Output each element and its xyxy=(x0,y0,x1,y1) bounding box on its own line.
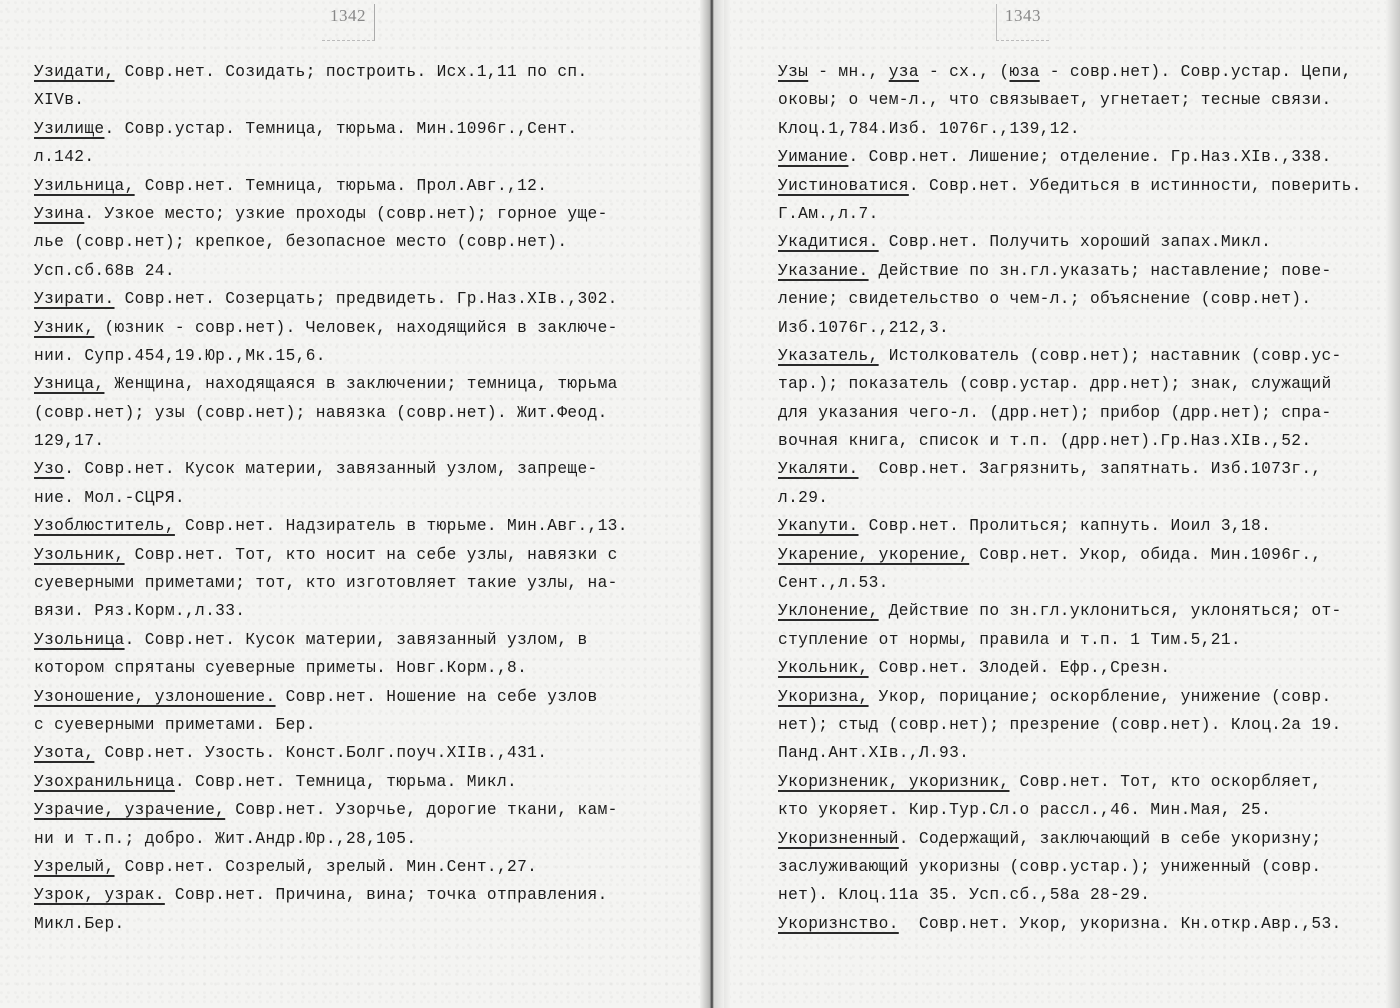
headword: Узильница, xyxy=(34,177,135,195)
text-line: Указание. Действие по зн.гл.указать; нас… xyxy=(778,257,1362,285)
text-line: суеверными приметами; тот, кто изготовля… xyxy=(34,569,628,597)
text-line: Узрелый, Совр.нет. Созрелый, зрелый. Мин… xyxy=(34,853,628,881)
definition-text: Совр.нет. Темница, тюрьма. Прол.Авг.,12. xyxy=(135,177,548,195)
text-line: котором спрятаны суеверные приметы. Новг… xyxy=(34,654,628,682)
definition-text: с суеверными приметами. Бер. xyxy=(34,716,316,734)
text-line: ние. Мол.-СЦРЯ. xyxy=(34,484,628,512)
definition-text: ступление от нормы, правила и т.п. 1 Тим… xyxy=(778,631,1241,649)
text-line: тар.); показатель (совр.устар. дрр.нет);… xyxy=(778,370,1362,398)
headword: Укоризненный xyxy=(778,830,899,848)
definition-text: ние. Мол.-СЦРЯ. xyxy=(34,489,185,507)
text-line: 129,17. xyxy=(34,427,628,455)
headword: Узоблюститель, xyxy=(34,517,175,535)
definition-text: вочная книга, список и т.п. (дрр.нет).Гр… xyxy=(778,432,1311,450)
headword: Узрелый, xyxy=(34,858,115,876)
definition-text: Г.Ам.,л.7. xyxy=(778,205,879,223)
headword: Уимание xyxy=(778,148,848,166)
text-line: нии. Супр.454,19.Юр.,Мк.15,6. xyxy=(34,342,628,370)
text-line: ни и т.п.; добро. Жит.Андр.Юр.,28,105. xyxy=(34,825,628,853)
text-line: Узохранильница. Совр.нет. Темница, тюрьм… xyxy=(34,768,628,796)
text-line: Узильница, Совр.нет. Темница, тюрьма. Пр… xyxy=(34,172,628,200)
definition-text: Совр.нет. Надзиратель в тюрьме. Мин.Авг.… xyxy=(175,517,628,535)
definition-text: . Совр.нет. Убедиться в истинности, пове… xyxy=(909,177,1362,195)
definition-text: XIVв. xyxy=(34,91,84,109)
text-line: Узилище. Совр.устар. Темница, тюрьма. Ми… xyxy=(34,115,628,143)
text-line: Узоношение, узлоношение. Совр.нет. Ношен… xyxy=(34,683,628,711)
left-page-text: Узидати, Совр.нет. Созидать; построить. … xyxy=(34,58,628,938)
text-line: Узница, Женщина, находящаяся в заключени… xyxy=(34,370,628,398)
headword: Укаляти. xyxy=(778,460,859,478)
headword: Узоношение, узлоношение. xyxy=(34,688,276,706)
headword: Укоризнство. xyxy=(778,915,899,933)
definition-text: Совр.нет. Ношение на себе узлов xyxy=(276,688,598,706)
headword: Уистиноватися xyxy=(778,177,909,195)
definition-text: Совр.нет. Созидать; построить. Исх.1,11 … xyxy=(115,63,588,81)
headword: Узольница xyxy=(34,631,125,649)
headword: Указание. xyxy=(778,262,869,280)
definition-text: Истолкователь (совр.нет); наставник (сов… xyxy=(879,347,1342,365)
headword: Узник, xyxy=(34,319,94,337)
definition-text: Изб.1076г.,212,3. xyxy=(778,319,949,337)
definition-text: котором спрятаны суеверные приметы. Новг… xyxy=(34,659,527,677)
text-line: заслуживающий укоризны (совр.устар.); ун… xyxy=(778,853,1362,881)
text-line: Узрок, узрак. Совр.нет. Причина, вина; т… xyxy=(34,881,628,909)
definition-text: Женщина, находящаяся в заключении; темни… xyxy=(104,375,617,393)
definition-text: Совр.нет. Укор, обида. Мин.1096г., xyxy=(969,546,1321,564)
definition-text: 129,17. xyxy=(34,432,104,450)
definition-text: Совр.нет. Получить хороший запах.Микл. xyxy=(879,233,1272,251)
definition-text: Совр.нет. Причина, вина; точка отправлен… xyxy=(165,886,608,904)
definition-text: нет); стыд (совр.нет); презрение (совр.н… xyxy=(778,716,1342,734)
text-line: ступление от нормы, правила и т.п. 1 Тим… xyxy=(778,626,1362,654)
definition-text: Клоц.1,784.Изб. 1076г.,139,12. xyxy=(778,120,1080,138)
text-line: Узоблюститель, Совр.нет. Надзиратель в т… xyxy=(34,512,628,540)
text-line: XIVв. xyxy=(34,86,628,114)
text-line: Укоризнство. Совр.нет. Укор, укоризна. К… xyxy=(778,910,1362,938)
text-line: л.29. xyxy=(778,484,1362,512)
definition-text: . Совр.нет. Кусок материи, завязанный уз… xyxy=(64,460,597,478)
definition-text: Сент.,л.53. xyxy=(778,574,889,592)
definition-text: - совр.нет). Совр.устар. Цепи, xyxy=(1040,63,1352,81)
left-page: 1342 Узидати, Совр.нет. Созидать; постро… xyxy=(0,0,712,1008)
text-line: кто укоряет. Кир.Тур.Сл.о рассл.,46. Мин… xyxy=(778,796,1362,824)
text-line: лье (совр.нет); крепкое, безопасное мест… xyxy=(34,228,628,256)
text-line: Укаляти. Совр.нет. Загрязнить, запятнать… xyxy=(778,455,1362,483)
headword: Узота, xyxy=(34,744,94,762)
definition-text: кто укоряет. Кир.Тур.Сл.о рассл.,46. Мин… xyxy=(778,801,1271,819)
text-line: для указания чего-л. (дрр.нет); прибор (… xyxy=(778,399,1362,427)
definition-text: тар.); показатель (совр.устар. дрр.нет);… xyxy=(778,375,1332,393)
page-number-right: 1343 xyxy=(996,4,1049,41)
definition-text: Совр.нет. Злодей. Ефр.,Срезн. xyxy=(869,659,1171,677)
definition-text: для указания чего-л. (дрр.нет); прибор (… xyxy=(778,404,1332,422)
definition-text: нет). Клоц.11а 35. Усп.сб.,58а 28-29. xyxy=(778,886,1150,904)
definition-text: . Совр.нет. Темница, тюрьма. Микл. xyxy=(175,773,517,791)
definition-text: (совр.нет); узы (совр.нет); навязка (сов… xyxy=(34,404,608,422)
headword: Узрок, узрак. xyxy=(34,886,165,904)
text-line: вязи. Ряз.Корм.,л.33. xyxy=(34,597,628,625)
definition-text: . Узкое место; узкие проходы (совр.нет);… xyxy=(84,205,607,223)
text-line: нет); стыд (совр.нет); презрение (совр.н… xyxy=(778,711,1362,739)
definition-text: Совр.нет. Пролиться; капнуть. Иоил 3,18. xyxy=(859,517,1272,535)
text-line: Узидати, Совр.нет. Созидать; построить. … xyxy=(34,58,628,86)
definition-text: . Содержащий, заключающий в себе укоризн… xyxy=(899,830,1322,848)
headword: Узилище xyxy=(34,120,104,138)
definition-text: Совр.нет. Созрелый, зрелый. Мин.Сент.,27… xyxy=(115,858,538,876)
text-line: Узольник, Совр.нет. Тот, кто носит на се… xyxy=(34,541,628,569)
headword: Уклонение, xyxy=(778,602,879,620)
text-line: Указатель, Истолкователь (совр.нет); нас… xyxy=(778,342,1362,370)
page-edge-shadow xyxy=(1386,0,1400,1008)
text-line: Укадитися. Совр.нет. Получить хороший за… xyxy=(778,228,1362,256)
text-line: Усп.сб.68в 24. xyxy=(34,257,628,285)
text-line: Сент.,л.53. xyxy=(778,569,1362,597)
definition-text: суеверными приметами; тот, кто изготовля… xyxy=(34,574,618,592)
headword: Укоризненик, укоризник, xyxy=(778,773,1009,791)
text-line: Уклонение, Действие по зн.гл.уклониться,… xyxy=(778,597,1362,625)
definition-text: нии. Супр.454,19.Юр.,Мк.15,6. xyxy=(34,347,326,365)
headword: Узольник, xyxy=(34,546,125,564)
text-line: Узо. Совр.нет. Кусок материи, завязанный… xyxy=(34,455,628,483)
headword: юза xyxy=(1010,63,1040,81)
headword: Укадитися. xyxy=(778,233,879,251)
definition-text: . Совр.устар. Темница, тюрьма. Мин.1096г… xyxy=(104,120,577,138)
right-page-text: Узы - мн., уза - сх., (юза - совр.нет). … xyxy=(778,58,1362,938)
text-line: Изб.1076г.,212,3. xyxy=(778,314,1362,342)
text-line: Узирати. Совр.нет. Созерцать; предвидеть… xyxy=(34,285,628,313)
definition-text: (юзник - совр.нет). Человек, находящийся… xyxy=(94,319,617,337)
definition-text: Совр.нет. Тот, кто оскорбляет, xyxy=(1009,773,1321,791)
headword: Узрачие, узрачение, xyxy=(34,801,225,819)
definition-text: . Совр.нет. Кусок материи, завязанный уз… xyxy=(125,631,588,649)
headword: уза xyxy=(889,63,919,81)
text-line: Укanути. Совр.нет. Пролиться; капнуть. И… xyxy=(778,512,1362,540)
headword: Узница, xyxy=(34,375,104,393)
text-line: нет). Клоц.11а 35. Усп.сб.,58а 28-29. xyxy=(778,881,1362,909)
definition-text: . Совр.нет. Лишение; отделение. Гр.Наз.X… xyxy=(848,148,1331,166)
text-line: (совр.нет); узы (совр.нет); навязка (сов… xyxy=(34,399,628,427)
definition-text: Действие по зн.гл.уклониться, уклоняться… xyxy=(879,602,1342,620)
text-line: Узы - мн., уза - сх., (юза - совр.нет). … xyxy=(778,58,1362,86)
definition-text: Усп.сб.68в 24. xyxy=(34,262,175,280)
definition-text: заслуживающий укоризны (совр.устар.); ун… xyxy=(778,858,1321,876)
headword: Узидати, xyxy=(34,63,115,81)
text-line: Узота, Совр.нет. Узость. Конст.Болг.поуч… xyxy=(34,739,628,767)
headword: Узина xyxy=(34,205,84,223)
definition-text: Панд.Ант.XIв.,Л.93. xyxy=(778,744,969,762)
headword: Укоризна, xyxy=(778,688,869,706)
book-gutter xyxy=(700,0,724,1008)
headword: Укanути. xyxy=(778,517,859,535)
text-line: Укоризненик, укоризник, Совр.нет. Тот, к… xyxy=(778,768,1362,796)
text-line: Узина. Узкое место; узкие проходы (совр.… xyxy=(34,200,628,228)
text-line: Г.Ам.,л.7. xyxy=(778,200,1362,228)
definition-text: Совр.нет. Узость. Конст.Болг.поуч.XIIв.,… xyxy=(94,744,547,762)
definition-text: л.29. xyxy=(778,489,828,507)
text-line: Микл.Бер. xyxy=(34,910,628,938)
definition-text: Совр.нет. Загрязнить, запятнать. Изб.107… xyxy=(859,460,1322,478)
text-line: Укоризненный. Содержащий, заключающий в … xyxy=(778,825,1362,853)
text-line: с суеверными приметами. Бер. xyxy=(34,711,628,739)
definition-text: Действие по зн.гл.указать; наставление; … xyxy=(869,262,1332,280)
definition-text: - сх., ( xyxy=(919,63,1010,81)
headword: Узо xyxy=(34,460,64,478)
text-line: Узрачие, узрачение, Совр.нет. Узорчье, д… xyxy=(34,796,628,824)
headword: Узохранильница xyxy=(34,773,175,791)
text-line: л.142. xyxy=(34,143,628,171)
definition-text: Микл.Бер. xyxy=(34,915,125,933)
definition-text: Совр.нет. Узорчье, дорогие ткани, кам- xyxy=(225,801,618,819)
text-line: Уистиноватися. Совр.нет. Убедиться в ист… xyxy=(778,172,1362,200)
right-page: 1343 Узы - мн., уза - сх., (юза - совр.н… xyxy=(712,0,1400,1008)
text-line: ление; свидетельство о чем-л.; объяснени… xyxy=(778,285,1362,313)
definition-text: Укор, порицание; оскорбление, унижение (… xyxy=(869,688,1332,706)
definition-text: Совр.нет. Укор, укоризна. Кн.откр.Авр.,5… xyxy=(899,915,1342,933)
definition-text: - мн., xyxy=(808,63,889,81)
definition-text: ни и т.п.; добро. Жит.Андр.Юр.,28,105. xyxy=(34,830,416,848)
page-number-left: 1342 xyxy=(322,4,375,41)
text-line: Узник, (юзник - совр.нет). Человек, нахо… xyxy=(34,314,628,342)
headword: Указатель, xyxy=(778,347,879,365)
definition-text: вязи. Ряз.Корм.,л.33. xyxy=(34,602,245,620)
headword: Укольник, xyxy=(778,659,869,677)
text-line: вочная книга, список и т.п. (дрр.нет).Гр… xyxy=(778,427,1362,455)
text-line: Панд.Ант.XIв.,Л.93. xyxy=(778,739,1362,767)
text-line: Уимание. Совр.нет. Лишение; отделение. Г… xyxy=(778,143,1362,171)
definition-text: ление; свидетельство о чем-л.; объяснени… xyxy=(778,290,1311,308)
headword: Узы xyxy=(778,63,808,81)
definition-text: лье (совр.нет); крепкое, безопасное мест… xyxy=(34,233,567,251)
definition-text: Совр.нет. Созерцать; предвидеть. Гр.Наз.… xyxy=(115,290,618,308)
text-line: оковы; о чем-л., что связывает, угнетает… xyxy=(778,86,1362,114)
text-line: Укольник, Совр.нет. Злодей. Ефр.,Срезн. xyxy=(778,654,1362,682)
definition-text: л.142. xyxy=(34,148,94,166)
headword: Укарение, укорение, xyxy=(778,546,969,564)
text-line: Клоц.1,784.Изб. 1076г.,139,12. xyxy=(778,115,1362,143)
definition-text: оковы; о чем-л., что связывает, угнетает… xyxy=(778,91,1332,109)
text-line: Укоризна, Укор, порицание; оскорбление, … xyxy=(778,683,1362,711)
text-line: Узольница. Совр.нет. Кусок материи, завя… xyxy=(34,626,628,654)
definition-text: Совр.нет. Тот, кто носит на себе узлы, н… xyxy=(125,546,618,564)
headword: Узирати. xyxy=(34,290,115,308)
text-line: Укарение, укорение, Совр.нет. Укор, обид… xyxy=(778,541,1362,569)
